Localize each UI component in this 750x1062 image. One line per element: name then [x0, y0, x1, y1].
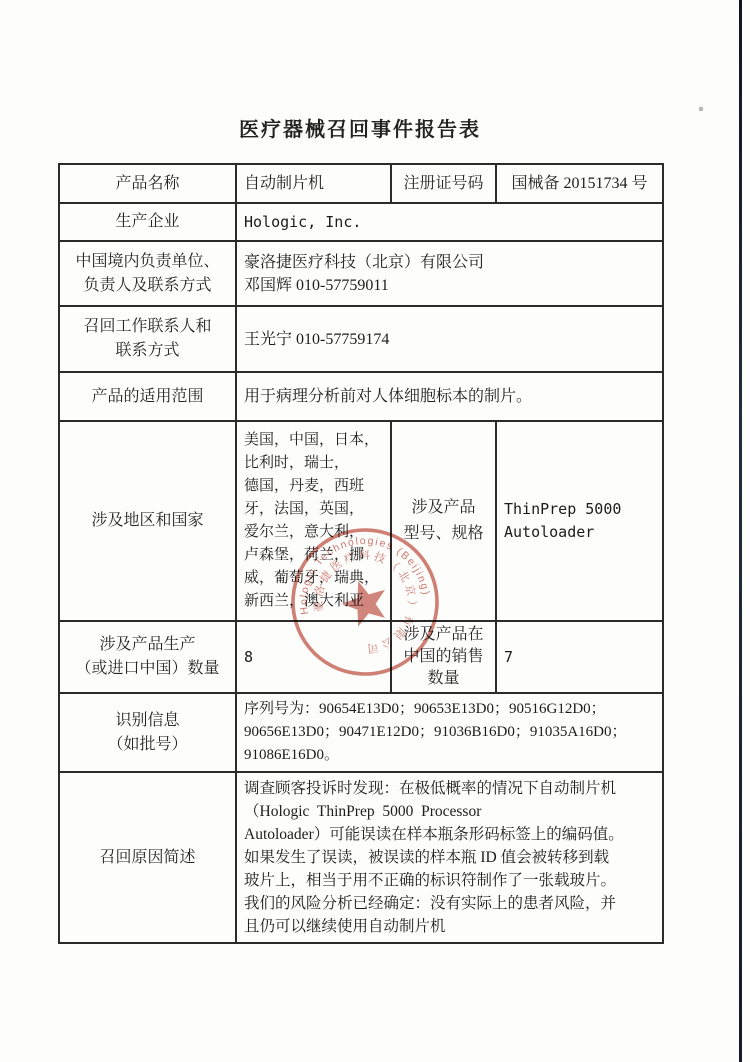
production-qty-value: 8	[236, 621, 391, 693]
page-title: 医疗器械召回事件报告表	[58, 113, 662, 142]
table-row-regions: 涉及地区和国家 美国，中国，日本， 比利时，瑞士， 德国，丹麦，西班 牙，法国，…	[59, 421, 663, 621]
table-row-china-agent: 中国境内负责单位、 负责人及联系方式 豪洛捷医疗科技（北京）有限公司 邓国辉 0…	[59, 241, 663, 306]
scope-label: 产品的适用范围	[59, 372, 236, 421]
recall-contact-label: 召回工作联系人和 联系方式	[59, 306, 236, 372]
china-sales-label: 涉及产品在 中国的销售 数量	[391, 621, 496, 693]
regions-value: 美国，中国，日本， 比利时，瑞士， 德国，丹麦，西班 牙，法国，英国， 爱尔兰，…	[236, 421, 391, 621]
china-sales-value: 7	[496, 621, 663, 693]
recall-report-table: 产品名称 自动制片机 注册证号码 国械备 20151734 号 生产企业 Hol…	[58, 163, 664, 944]
product-name-value: 自动制片机	[236, 164, 391, 203]
table-row-recall-contact: 召回工作联系人和 联系方式 王光宁 010-57759174	[59, 306, 663, 372]
china-agent-label: 中国境内负责单位、 负责人及联系方式	[59, 241, 236, 306]
id-info-value: 序列号为：90654E13D0；90653E13D0；90516G12D0； 9…	[236, 693, 663, 772]
recall-contact-value: 王光宁 010-57759174	[236, 306, 663, 372]
table-row-product-name: 产品名称 自动制片机 注册证号码 国械备 20151734 号	[59, 164, 663, 203]
model-label: 涉及产品 型号、规格	[391, 421, 496, 621]
china-agent-value: 豪洛捷医疗科技（北京）有限公司 邓国辉 010-57759011	[236, 241, 663, 306]
manufacturer-label: 生产企业	[59, 203, 236, 241]
table-row-quantities: 涉及产品生产 （或进口中国）数量 8 涉及产品在 中国的销售 数量 7	[59, 621, 663, 693]
product-name-label: 产品名称	[59, 164, 236, 203]
table-row-id-info: 识别信息 （如批号） 序列号为：90654E13D0；90653E13D0；90…	[59, 693, 663, 772]
manufacturer-value: Hologic, Inc.	[236, 203, 663, 241]
table-row-manufacturer: 生产企业 Hologic, Inc.	[59, 203, 663, 241]
regions-label: 涉及地区和国家	[59, 421, 236, 621]
production-qty-label: 涉及产品生产 （或进口中国）数量	[59, 621, 236, 693]
scan-edge-artifact	[739, 0, 742, 1062]
id-info-label: 识别信息 （如批号）	[59, 693, 236, 772]
registration-number-label: 注册证号码	[391, 164, 496, 203]
registration-number-value: 国械备 20151734 号	[496, 164, 663, 203]
reason-value: 调查顾客投诉时发现：在极低概率的情况下自动制片机 （Hologic ThinPr…	[236, 772, 663, 943]
scan-speck	[699, 107, 703, 111]
table-row-reason: 召回原因简述 调查顾客投诉时发现：在极低概率的情况下自动制片机 （Hologic…	[59, 772, 663, 943]
model-value: ThinPrep 5000 Autoloader	[496, 421, 663, 621]
table-row-scope: 产品的适用范围 用于病理分析前对人体细胞标本的制片。	[59, 372, 663, 421]
reason-label: 召回原因简述	[59, 772, 236, 943]
scope-value: 用于病理分析前对人体细胞标本的制片。	[236, 372, 663, 421]
